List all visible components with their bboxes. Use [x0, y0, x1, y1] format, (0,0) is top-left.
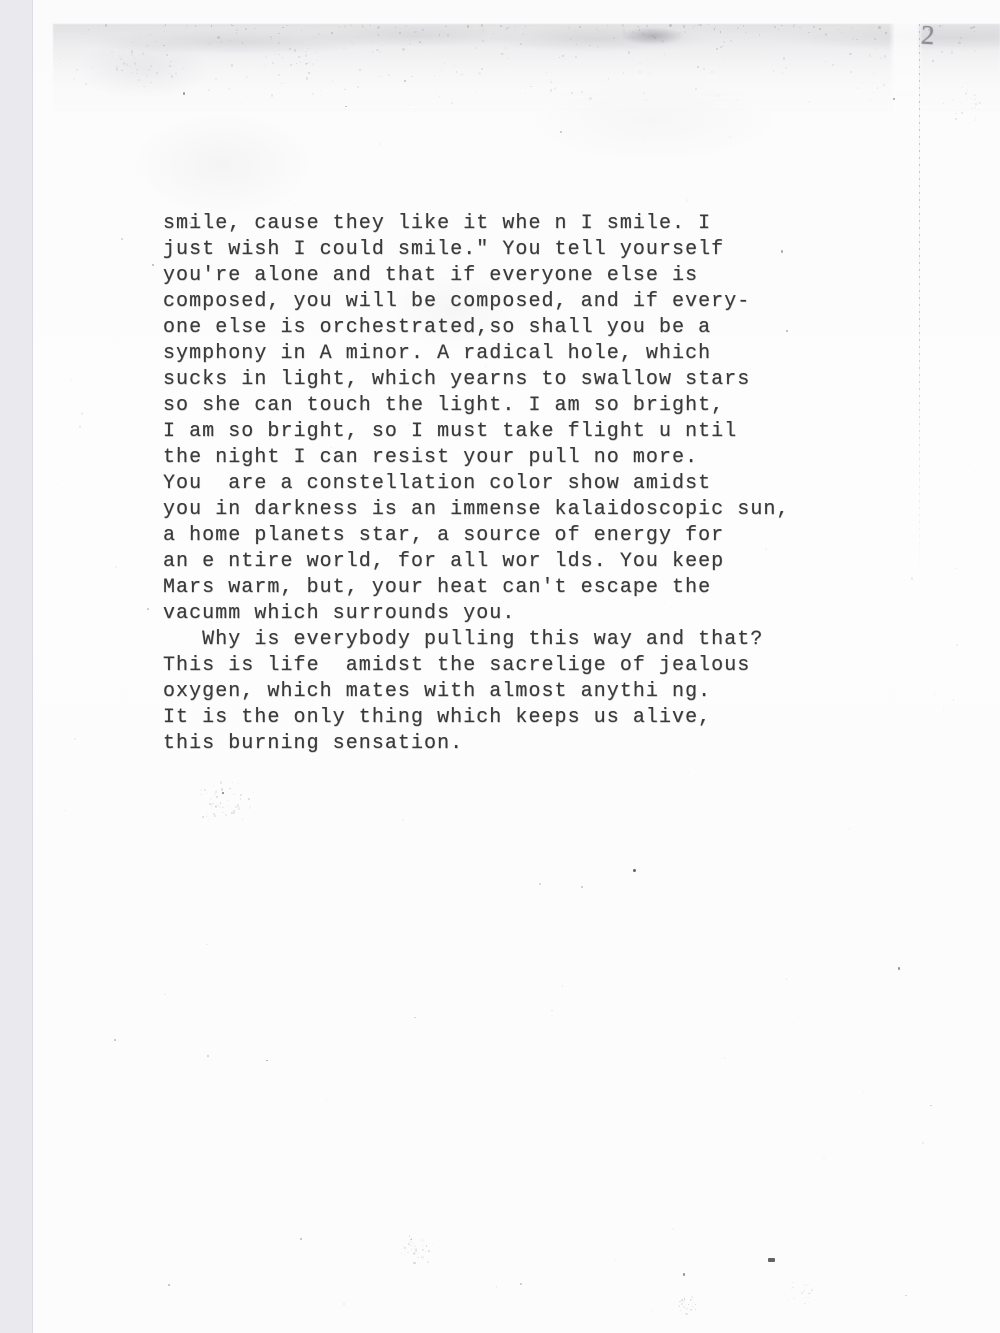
speckle [421, 1239, 423, 1241]
speckle [238, 807, 240, 809]
speckle [401, 1253, 403, 1254]
speckle [786, 978, 788, 980]
speckle [690, 1309, 692, 1312]
speckle [408, 1243, 410, 1245]
speckle [560, 131, 562, 133]
speckle [809, 1284, 810, 1285]
speckle [417, 1257, 419, 1259]
speckle [691, 1296, 693, 1298]
text-line: one else is orchestrated,so shall you be… [163, 315, 790, 341]
text-line: Mars warm, but, your heat can't escape t… [163, 575, 790, 601]
speckle [681, 1299, 683, 1301]
speckle [823, 1158, 824, 1159]
speckle [685, 1308, 686, 1309]
speckle [832, 1200, 834, 1201]
speckle [885, 560, 886, 561]
speckle [213, 785, 215, 787]
speckle [685, 1313, 686, 1314]
speckle [221, 788, 223, 791]
speckle [410, 1239, 412, 1240]
speckle [216, 796, 218, 797]
speckle [226, 783, 227, 784]
speckle [416, 1249, 417, 1250]
text-line: symphony in A minor. A radical hole, whi… [163, 341, 790, 367]
speckle [943, 709, 944, 711]
speckle [792, 1282, 794, 1283]
speckle [425, 1251, 426, 1252]
speckle [724, 1057, 725, 1059]
speckle [410, 1245, 412, 1246]
speckle [248, 798, 250, 800]
speckle [427, 1256, 428, 1257]
speckle [168, 1284, 170, 1286]
speckle [411, 1249, 412, 1251]
text-line: I am so bright, so I must take flight u … [163, 419, 790, 445]
text-line: smile, cause they like it whe n I smile.… [163, 211, 790, 237]
text-line: oxygen, which mates with almost anythi n… [163, 679, 790, 705]
speckle [223, 789, 224, 790]
speckle [426, 1245, 427, 1247]
speckle [225, 814, 226, 815]
speckle [232, 782, 233, 783]
speckle [226, 815, 227, 816]
speckle [729, 136, 731, 138]
speckle [218, 805, 219, 806]
speckle [217, 803, 219, 805]
speckle [222, 792, 224, 794]
scan-fold-line [919, 24, 920, 584]
speckle [343, 1303, 345, 1305]
speckle [691, 1299, 692, 1300]
speckle [683, 1273, 685, 1276]
text-line: vacumm which surrounds you. [163, 601, 790, 627]
speckle [683, 1300, 685, 1302]
speckle [915, 970, 917, 972]
speckle [421, 1256, 423, 1258]
speckle [898, 967, 900, 970]
speckle [214, 815, 216, 818]
speckle [414, 1017, 416, 1018]
speckle [114, 1039, 116, 1041]
speckle [409, 1235, 410, 1237]
speckle [694, 1308, 695, 1309]
speckle [81, 412, 83, 414]
speckle [807, 1297, 809, 1298]
speckle [207, 793, 209, 794]
text-line: composed, you will be composed, and if e… [163, 289, 790, 315]
speckle [411, 1238, 413, 1240]
speckle [212, 803, 213, 804]
text-line: you in darkness is an immense kalaidosco… [163, 497, 790, 523]
speckle [402, 819, 404, 821]
speckle [435, 1255, 436, 1256]
speckle [79, 425, 81, 428]
speckle [974, 120, 975, 121]
text-line: a home planets star, a source of energy … [163, 523, 790, 549]
speckle [683, 1306, 685, 1308]
speckle [427, 1261, 429, 1263]
speckle [633, 869, 636, 872]
speckle [974, 470, 976, 471]
viewer-gutter [0, 0, 33, 1333]
speckle [412, 1242, 414, 1244]
speckle [539, 883, 541, 885]
speckle [562, 985, 564, 987]
speckle [415, 1248, 417, 1250]
speckle [233, 794, 235, 796]
speckle [210, 798, 212, 800]
speckle [407, 1252, 409, 1254]
speckle [222, 807, 224, 809]
speckle [415, 1250, 417, 1252]
speckle [787, 1300, 788, 1301]
speckle [211, 808, 212, 809]
speckle [969, 123, 971, 125]
speckle [949, 487, 950, 488]
speckle [70, 379, 72, 380]
speckle [863, 1092, 864, 1093]
speckle [686, 199, 688, 202]
speckle [679, 1301, 681, 1302]
speckle [249, 806, 251, 808]
speckle [520, 1283, 522, 1285]
speckle [805, 1284, 806, 1285]
speckle [935, 694, 937, 695]
speckle [222, 792, 224, 794]
speckle [164, 994, 166, 996]
speckle [905, 1295, 907, 1296]
speckle [803, 1290, 805, 1292]
speckle [413, 1262, 415, 1264]
speckle [423, 1240, 424, 1241]
speckle [215, 805, 217, 808]
text-line: It is the only thing which keeps us aliv… [163, 705, 790, 731]
speckle [811, 1289, 813, 1291]
speckle [207, 814, 209, 815]
speckle [397, 1259, 399, 1260]
speckle [409, 1241, 411, 1242]
speckle [692, 1306, 693, 1307]
speckle [672, 1228, 674, 1230]
speckle [418, 869, 419, 870]
speckle [229, 788, 230, 790]
speckle [688, 1304, 690, 1305]
speckle [422, 1245, 423, 1247]
text-line: you're alone and that if everyone else i… [163, 263, 790, 289]
speckle [57, 483, 58, 484]
speckle [651, 1310, 653, 1312]
speckle [502, 861, 503, 862]
speckle [147, 608, 149, 610]
speckle [551, 1010, 552, 1011]
text-line: Why is everybody pulling this way and th… [163, 627, 790, 653]
speckle [930, 1105, 932, 1106]
speckle [411, 1248, 413, 1250]
speckle [680, 1310, 681, 1311]
speckle [808, 1302, 809, 1303]
speckle [242, 819, 243, 820]
speckle [403, 1246, 404, 1247]
speckle [231, 812, 233, 814]
speckle [679, 1306, 681, 1308]
speckle [953, 699, 954, 700]
speckle [68, 171, 69, 172]
text-line: the night I can resist your pull no more… [163, 445, 790, 471]
speckle [201, 794, 202, 795]
speckle [320, 1305, 321, 1306]
speckle [688, 771, 689, 772]
page-number: 2 [920, 20, 935, 52]
text-line: this burning sensation. [163, 731, 790, 757]
speckle [227, 800, 228, 801]
speckle [115, 566, 117, 568]
speckle [285, 1304, 286, 1305]
speckle [117, 338, 118, 339]
speckle [404, 1254, 405, 1255]
speckle [793, 1022, 794, 1023]
speckle [222, 812, 223, 813]
speckle [962, 558, 963, 559]
speckle [975, 117, 977, 119]
speckle [686, 1308, 688, 1310]
speckle [300, 1238, 302, 1240]
speckle [792, 1287, 793, 1289]
scanned-page: 2 smile, cause they like it whe n I smil… [33, 0, 1000, 1333]
text-line: just wish I could smile." You tell yours… [163, 237, 790, 263]
speckle [686, 1313, 688, 1315]
speckle [94, 1314, 96, 1316]
speckle [206, 944, 208, 946]
speckle [955, 118, 957, 120]
speckle [413, 1252, 415, 1255]
speckle [681, 1303, 683, 1305]
speckle [678, 1305, 680, 1307]
speckle [380, 143, 382, 145]
speckle [211, 804, 212, 805]
speckle [225, 814, 226, 816]
speckle [695, 1309, 696, 1310]
speckle [690, 1299, 692, 1301]
speckle [215, 806, 216, 807]
speckle [791, 1289, 792, 1290]
speckle [793, 1299, 794, 1300]
text-line: so she can touch the light. I am so brig… [163, 393, 790, 419]
speckle [213, 813, 215, 815]
speckle [235, 806, 237, 808]
speckle [809, 1292, 811, 1294]
speckle [422, 1249, 424, 1251]
speckle [220, 802, 222, 804]
speckle [206, 816, 207, 817]
speckle [682, 1298, 683, 1299]
speckle [326, 1099, 328, 1101]
speckle [644, 138, 646, 140]
speckle [496, 1286, 498, 1288]
speckle [768, 1258, 775, 1262]
speckle [658, 1026, 659, 1027]
speckle [208, 819, 209, 820]
photocopy-noise-band [53, 24, 1000, 116]
text-line: This is life amidst the sacrelige of jea… [163, 653, 790, 679]
speckle [233, 810, 235, 812]
speckle [922, 1142, 924, 1144]
speckle [423, 1257, 424, 1258]
speckle [801, 1292, 803, 1294]
speckle [121, 238, 123, 240]
speckle [614, 1259, 616, 1261]
speckle [404, 1247, 406, 1249]
speckle [684, 1298, 686, 1300]
speckle [793, 1297, 795, 1299]
speckle [197, 174, 199, 175]
speckle [422, 1258, 423, 1259]
speckle [64, 810, 65, 811]
speckle [414, 1245, 416, 1247]
text-line: sucks in light, which yearns to swallow … [163, 367, 790, 393]
speckle [410, 1241, 411, 1242]
text-line: an e ntire world, for all wor lds. You k… [163, 549, 790, 575]
speckle [804, 1284, 806, 1286]
speckle [414, 1248, 415, 1249]
speckle [428, 1250, 430, 1252]
speckle [219, 806, 221, 808]
speckle [695, 1304, 696, 1305]
speckle [414, 1253, 416, 1255]
speckle [956, 644, 958, 646]
speckle [682, 1301, 684, 1302]
speckle [240, 794, 241, 796]
speckle [679, 1305, 680, 1306]
speckle [266, 1060, 268, 1061]
speckle [692, 1302, 693, 1303]
speckle [423, 1256, 424, 1257]
speckle [202, 816, 204, 818]
speckle [152, 264, 154, 266]
scanned-document-view: 2 smile, cause they like it whe n I smil… [0, 0, 1000, 1333]
speckle [233, 812, 235, 814]
speckle [211, 806, 212, 807]
speckle [288, 200, 290, 202]
speckle [237, 783, 239, 785]
speckle [74, 738, 76, 741]
speckle [581, 886, 583, 888]
speckle [253, 792, 255, 794]
speckle [849, 828, 850, 829]
speckle [911, 577, 913, 580]
speckle [220, 781, 222, 784]
text-line: You are a constellation color show amids… [163, 471, 790, 497]
typewritten-text: smile, cause they like it whe n I smile.… [163, 211, 790, 757]
speckle [806, 1284, 808, 1285]
speckle [209, 803, 211, 805]
speckle [422, 1249, 423, 1250]
speckle [215, 791, 217, 793]
speckle [609, 126, 610, 127]
speckle [837, 614, 838, 615]
speckle [146, 752, 147, 753]
speckle [237, 804, 239, 807]
speckle [804, 1303, 806, 1304]
speckle [955, 568, 957, 570]
speckle [200, 789, 202, 791]
speckle [862, 887, 863, 888]
speckle [214, 793, 216, 796]
speckle [418, 1253, 419, 1254]
speckle [204, 789, 206, 791]
speckle [226, 806, 228, 808]
speckle [240, 798, 241, 800]
speckle [217, 789, 218, 790]
speckle [207, 1055, 209, 1057]
speckle [432, 1244, 433, 1245]
speckle [808, 1293, 810, 1295]
